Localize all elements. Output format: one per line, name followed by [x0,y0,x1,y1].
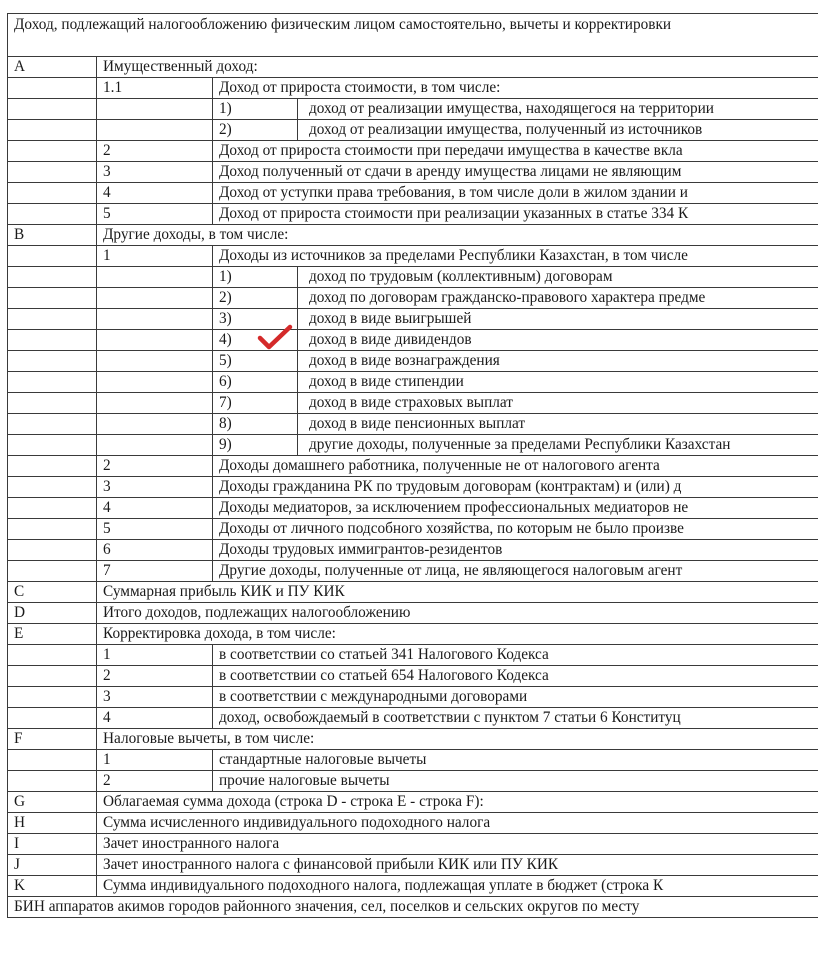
empty-cell [8,246,97,267]
empty-cell [8,750,97,771]
table-row: 5Доход от прироста стоимости при реализа… [8,204,818,225]
item-label: Доходы домашнего работника, полученные н… [213,456,818,477]
item-label: Доходы гражданина РК по трудовым договор… [213,477,818,498]
item-label: Доходы медиаторов, за исключением профес… [213,498,818,519]
item-label: прочие налоговые вычеты [213,771,818,792]
table-row: HСумма исчисленного индивидуального подо… [8,813,818,834]
empty-cell [97,372,213,393]
empty-cell [97,330,213,351]
row-code: I [8,834,97,855]
item-number: 5 [97,204,213,225]
item-number: 2 [97,141,213,162]
title-row: Доход, подлежащий налогообложению физиче… [8,14,818,57]
empty-cell [8,78,97,99]
table-row: BДругие доходы, в том числе: [8,225,818,246]
row-code: D [8,603,97,624]
item-label: Другие доходы, полученные от лица, не яв… [213,561,818,582]
empty-cell [8,330,97,351]
empty-cell [97,393,213,414]
empty-cell [8,456,97,477]
empty-cell [97,309,213,330]
item-number: 3 [97,162,213,183]
subitem-label: доход в виде выигрышей [298,309,818,330]
table-row: 1стандартные налоговые вычеты [8,750,818,771]
item-label: в соответствии с международными договора… [213,687,818,708]
row-label: Имущественный доход: [97,57,818,78]
table-row: 7Другие доходы, полученные от лица, не я… [8,561,818,582]
table-row: AИмущественный доход: [8,57,818,78]
subitem-number: 3) [213,309,298,330]
empty-cell [8,393,97,414]
table-row: KСумма индивидуального подоходного налог… [8,876,818,897]
table-row: 3в соответствии с международными договор… [8,687,818,708]
subitem-number: 7) [213,393,298,414]
empty-cell [97,351,213,372]
empty-cell [8,372,97,393]
table-row: БИН аппаратов акимов городов районного з… [8,897,818,918]
empty-cell [8,288,97,309]
row-label: Зачет иностранного налога с финансовой п… [97,855,818,876]
row-label: Сумма исчисленного индивидуального подох… [97,813,818,834]
subitem-label: доход в виде страховых выплат [298,393,818,414]
table-row: 4Доход от уступки права требования, в то… [8,183,818,204]
empty-cell [8,183,97,204]
item-label: Доход полученный от сдачи в аренду имуще… [213,162,818,183]
empty-cell [97,288,213,309]
empty-cell [97,414,213,435]
row-code: G [8,792,97,813]
subitem-number: 2) [213,120,298,141]
table-row: JЗачет иностранного налога с финансовой … [8,855,818,876]
row-label: Итого доходов, подлежащих налогообложени… [97,603,818,624]
subitem-number: 6) [213,372,298,393]
table-row: FНалоговые вычеты, в том числе: [8,729,818,750]
item-number: 5 [97,519,213,540]
table-row: 2прочие налоговые вычеты [8,771,818,792]
tax-form-document: Доход, подлежащий налогообложению физиче… [7,13,818,918]
item-label: стандартные налоговые вычеты [213,750,818,771]
row-label: Сумма индивидуального подоходного налога… [97,876,818,897]
row-code: J [8,855,97,876]
table-row: 1в соответствии со статьей 341 Налоговог… [8,645,818,666]
table-row: 5Доходы от личного подсобного хозяйства,… [8,519,818,540]
table-row: 4доход, освобождаемый в соответствии с п… [8,708,818,729]
table-row: 1)доход от реализации имущества, находящ… [8,99,818,120]
table-row: 1.1Доход от прироста стоимости, в том чи… [8,78,818,99]
table-row: EКорректировка дохода, в том числе: [8,624,818,645]
item-number: 7 [97,561,213,582]
item-label: Доход от уступки права требования, в том… [213,183,818,204]
item-label: Доходы трудовых иммигрантов-резидентов [213,540,818,561]
empty-cell [8,414,97,435]
subitem-label: доход в виде вознаграждения [298,351,818,372]
empty-cell [8,435,97,456]
subitem-label: доход от реализации имущества, полученны… [298,120,818,141]
subitem-label: доход по договорам гражданско-правового … [298,288,818,309]
table-row: CСуммарная прибыль КИК и ПУ КИК [8,582,818,603]
item-number: 3 [97,687,213,708]
row-label: Корректировка дохода, в том числе: [97,624,818,645]
table-row: 6Доходы трудовых иммигрантов-резидентов [8,540,818,561]
item-number: 2 [97,771,213,792]
row-label: Налоговые вычеты, в том числе: [97,729,818,750]
subitem-number: 1) [213,99,298,120]
subitem-label: доход в виде стипендии [298,372,818,393]
footer-label: БИН аппаратов акимов городов районного з… [8,897,818,918]
row-code: F [8,729,97,750]
subitem-number: 4) [213,330,298,351]
table-row: 2)доход от реализации имущества, получен… [8,120,818,141]
empty-cell [8,498,97,519]
row-code: K [8,876,97,897]
subitem-number: 9) [213,435,298,456]
table-row: 3Доход полученный от сдачи в аренду имущ… [8,162,818,183]
table-row: 8)доход в виде пенсионных выплат [8,414,818,435]
item-number: 1 [97,750,213,771]
subitem-label: доход по трудовым (коллективным) договор… [298,267,818,288]
subitem-number: 8) [213,414,298,435]
empty-cell [8,561,97,582]
empty-cell [97,267,213,288]
empty-cell [8,708,97,729]
table-row: 3Доходы гражданина РК по трудовым догово… [8,477,818,498]
item-label: Доход от прироста стоимости, в том числе… [213,78,818,99]
item-label: Доходы от личного подсобного хозяйства, … [213,519,818,540]
item-number: 1 [97,246,213,267]
empty-cell [8,99,97,120]
row-label: Зачет иностранного налога [97,834,818,855]
table-row: GОблагаемая сумма дохода (строка D - стр… [8,792,818,813]
subitem-label: доход от реализации имущества, находящег… [298,99,818,120]
table-row: 2)доход по договорам гражданско-правовог… [8,288,818,309]
row-code: B [8,225,97,246]
item-label: в соответствии со статьей 654 Налогового… [213,666,818,687]
empty-cell [8,120,97,141]
item-number: 4 [97,708,213,729]
table-row: IЗачет иностранного налога [8,834,818,855]
income-table: Доход, подлежащий налогообложению физиче… [7,13,818,918]
table-row: 7)доход в виде страховых выплат [8,393,818,414]
item-number: 1.1 [97,78,213,99]
empty-cell [8,687,97,708]
row-label: Облагаемая сумма дохода (строка D - стро… [97,792,818,813]
empty-cell [8,351,97,372]
empty-cell [8,267,97,288]
row-label: Другие доходы, в том числе: [97,225,818,246]
table-row: 1Доходы из источников за пределами Респу… [8,246,818,267]
item-label: Доход от прироста стоимости при передачи… [213,141,818,162]
item-label: Доход от прироста стоимости при реализац… [213,204,818,225]
item-number: 2 [97,666,213,687]
row-code: E [8,624,97,645]
table-row: 9)другие доходы, полученные за пределами… [8,435,818,456]
item-label: Доходы из источников за пределами Респуб… [213,246,818,267]
subitem-number: 2) [213,288,298,309]
empty-cell [8,519,97,540]
table-row: 3)доход в виде выигрышей [8,309,818,330]
empty-cell [97,120,213,141]
item-number: 2 [97,456,213,477]
table-row: 2Доходы домашнего работника, полученные … [8,456,818,477]
item-number: 3 [97,477,213,498]
item-number: 6 [97,540,213,561]
table-row: 2Доход от прироста стоимости при передач… [8,141,818,162]
empty-cell [8,540,97,561]
empty-cell [8,771,97,792]
item-number: 1 [97,645,213,666]
item-number: 4 [97,183,213,204]
table-row: 4Доходы медиаторов, за исключением профе… [8,498,818,519]
empty-cell [8,141,97,162]
empty-cell [8,309,97,330]
empty-cell [8,477,97,498]
row-code: H [8,813,97,834]
subitem-number: 1) [213,267,298,288]
row-label: Суммарная прибыль КИК и ПУ КИК [97,582,818,603]
item-label: доход, освобождаемый в соответствии с пу… [213,708,818,729]
empty-cell [97,435,213,456]
table-row: 6)доход в виде стипендии [8,372,818,393]
item-label: в соответствии со статьей 341 Налогового… [213,645,818,666]
empty-cell [8,204,97,225]
table-row: 4)доход в виде дивидендов [8,330,818,351]
row-code: C [8,582,97,603]
subitem-number: 5) [213,351,298,372]
subitem-label: доход в виде пенсионных выплат [298,414,818,435]
row-code: A [8,57,97,78]
subitem-label: доход в виде дивидендов [298,330,818,351]
subitem-label: другие доходы, полученные за пределами Р… [298,435,818,456]
empty-cell [8,162,97,183]
empty-cell [97,99,213,120]
item-number: 4 [97,498,213,519]
empty-cell [8,666,97,687]
table-row: DИтого доходов, подлежащих налогообложен… [8,603,818,624]
table-row: 1)доход по трудовым (коллективным) догов… [8,267,818,288]
table-row: 2в соответствии со статьей 654 Налоговог… [8,666,818,687]
table-title: Доход, подлежащий налогообложению физиче… [8,14,818,57]
table-row: 5)доход в виде вознаграждения [8,351,818,372]
empty-cell [8,645,97,666]
